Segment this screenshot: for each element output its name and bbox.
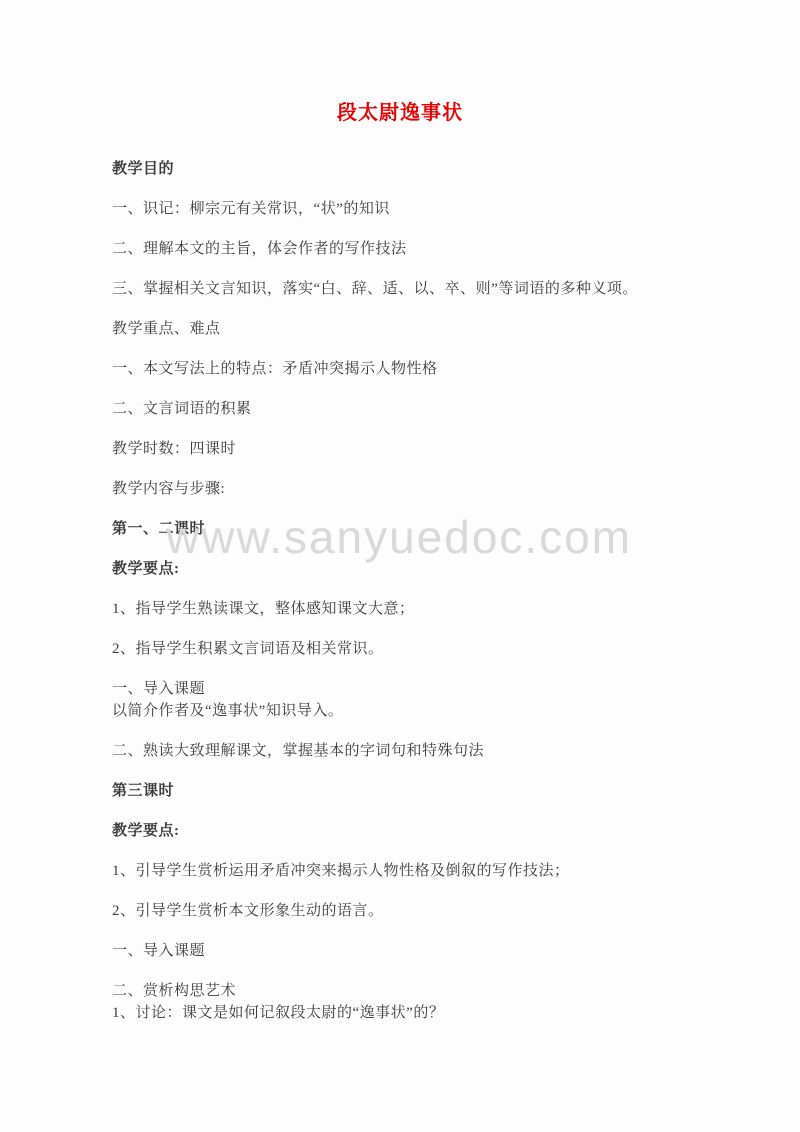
paragraph-line: 三、掌握相关文言知识，落实“白、辞、适、以、卒、则”等词语的多种义项。	[112, 278, 720, 300]
paragraph-line: 1、讨论：课文是如何记叙段太尉的“逸事状”的？	[112, 1002, 720, 1024]
paragraph-line: 二、文言词语的积累	[112, 398, 720, 420]
paragraph-line: 二、赏析构思艺术	[112, 980, 720, 1002]
paragraph-line: 1、引导学生赏析运用矛盾冲突来揭示人物性格及倒叙的写作技法；	[112, 860, 720, 882]
paragraph-line: 第三课时	[112, 780, 720, 802]
paragraph-line: 二、理解本文的主旨，体会作者的写作技法	[112, 238, 720, 260]
paragraph-line: 一、本文写法上的特点：矛盾冲突揭示人物性格	[112, 358, 720, 380]
paragraph-line: 教学时数：四课时	[112, 438, 720, 460]
paragraph-line: 教学要点:	[112, 820, 720, 842]
paragraph-line: 教学内容与步骤:	[112, 478, 720, 500]
document-title: 段太尉逸事状	[0, 0, 800, 125]
paragraph-line: 以简介作者及“逸事状”知识导入。	[112, 700, 720, 722]
paragraph-line: 第一、二课时	[112, 518, 720, 540]
paragraph-line: 一、识记：柳宗元有关常识，“状”的知识	[112, 198, 720, 220]
paragraph-line: 2、引导学生赏析本文形象生动的语言。	[112, 900, 720, 922]
paragraph-line: 二、熟读大致理解课文，掌握基本的字词句和特殊句法	[112, 740, 720, 762]
document-page: 段太尉逸事状 www.sanyuedoc.com 教学目的一、识记：柳宗元有关常…	[0, 0, 800, 1132]
paragraph-line: 1、指导学生熟读课文，整体感知课文大意；	[112, 598, 720, 620]
paragraph-line: 教学重点、难点	[112, 318, 720, 340]
paragraph-line: 一、导入课题	[112, 940, 720, 962]
paragraph-line: 2、指导学生积累文言词语及相关常识。	[112, 638, 720, 660]
document-body: 教学目的一、识记：柳宗元有关常识，“状”的知识二、理解本文的主旨，体会作者的写作…	[112, 158, 720, 1024]
paragraph-line: 教学要点:	[112, 558, 720, 580]
paragraph-line: 一、导入课题	[112, 678, 720, 700]
paragraph-line: 教学目的	[112, 158, 720, 180]
